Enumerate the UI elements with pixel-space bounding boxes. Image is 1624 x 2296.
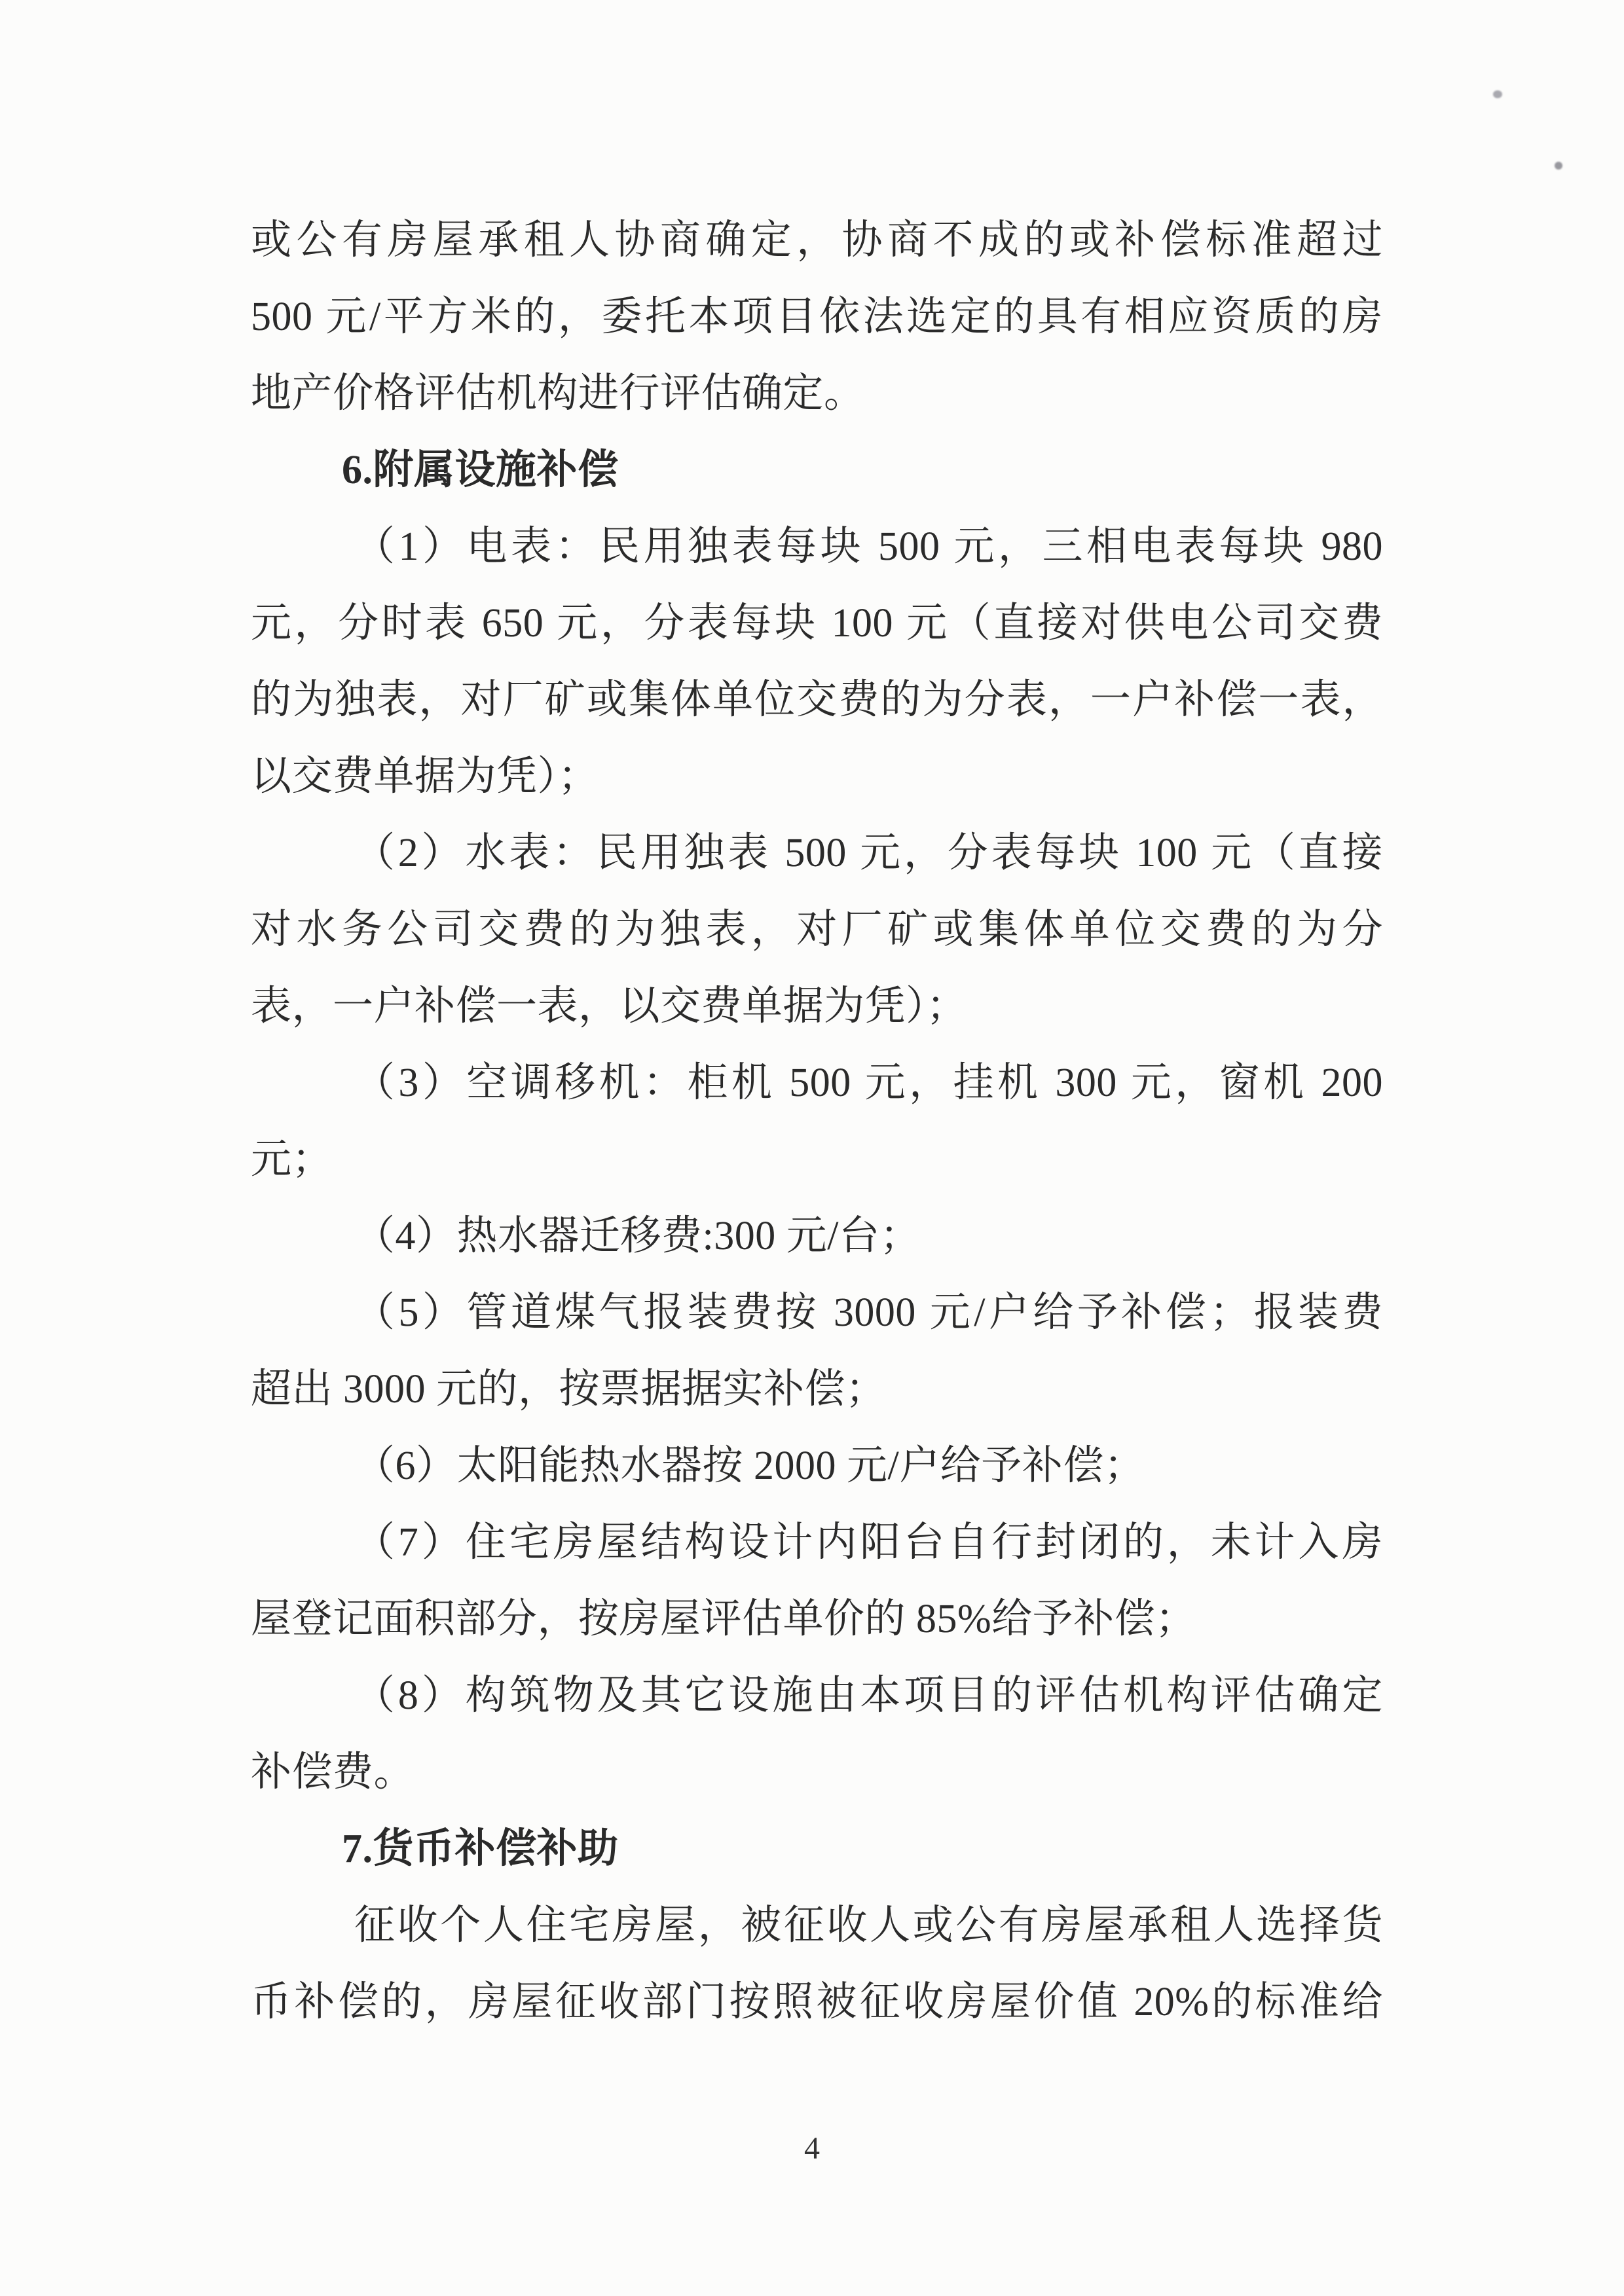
text-line: 征收个人住宅房屋，被征收人或公有房屋承租人选择货 <box>251 1887 1383 1964</box>
scan-speck <box>1555 162 1562 170</box>
text-line: 或公有房屋承租人协商确定，协商不成的或补偿标准超过 <box>251 202 1383 279</box>
text-line: 表，一户补偿一表，以交费单据为凭）； <box>251 968 1383 1045</box>
text-line: （6）太阳能热水器按 2000 元/户给予补偿； <box>251 1428 1383 1504</box>
document-body: 或公有房屋承租人协商确定，协商不成的或补偿标准超过500 元/平方米的，委托本项… <box>251 202 1383 2041</box>
text-line: 补偿费。 <box>251 1734 1383 1811</box>
page-number: 4 <box>0 2133 1624 2164</box>
text-line: （1）电表：民用独表每块 500 元，三相电表每块 980 <box>251 509 1383 585</box>
text-line: 元，分时表 650 元，分表每块 100 元（直接对供电公司交费 <box>251 585 1383 662</box>
text-line: 元； <box>251 1121 1383 1198</box>
text-line: （7）住宅房屋结构设计内阳台自行封闭的，未计入房 <box>251 1504 1383 1581</box>
text-line: 币补偿的，房屋征收部门按照被征收房屋价值 20%的标准给 <box>251 1964 1383 2041</box>
text-line: 的为独表，对厂矿或集体单位交费的为分表，一户补偿一表， <box>251 662 1383 738</box>
document-page: 或公有房屋承租人协商确定，协商不成的或补偿标准超过500 元/平方米的，委托本项… <box>0 0 1624 2296</box>
section-heading: 6.附属设施补偿 <box>251 432 1383 509</box>
text-line: 屋登记面积部分，按房屋评估单价的 85%给予补偿； <box>251 1581 1383 1658</box>
scan-speck <box>1493 90 1502 98</box>
text-line: （4）热水器迁移费:300 元/台； <box>251 1198 1383 1275</box>
text-line: （2）水表：民用独表 500 元，分表每块 100 元（直接 <box>251 815 1383 892</box>
text-line: 500 元/平方米的，委托本项目依法选定的具有相应资质的房 <box>251 279 1383 355</box>
text-line: （5）管道煤气报装费按 3000 元/户给予补偿；报装费 <box>251 1275 1383 1351</box>
text-line: （8）构筑物及其它设施由本项目的评估机构评估确定 <box>251 1658 1383 1734</box>
text-line: 对水务公司交费的为独表，对厂矿或集体单位交费的为分 <box>251 892 1383 968</box>
text-line: 超出 3000 元的，按票据据实补偿； <box>251 1351 1383 1428</box>
text-line: 地产价格评估机构进行评估确定。 <box>251 355 1383 432</box>
text-line: （3）空调移机：柜机 500 元，挂机 300 元，窗机 200 <box>251 1045 1383 1121</box>
section-heading: 7.货币补偿补助 <box>251 1811 1383 1887</box>
text-line: 以交费单据为凭）； <box>251 738 1383 815</box>
